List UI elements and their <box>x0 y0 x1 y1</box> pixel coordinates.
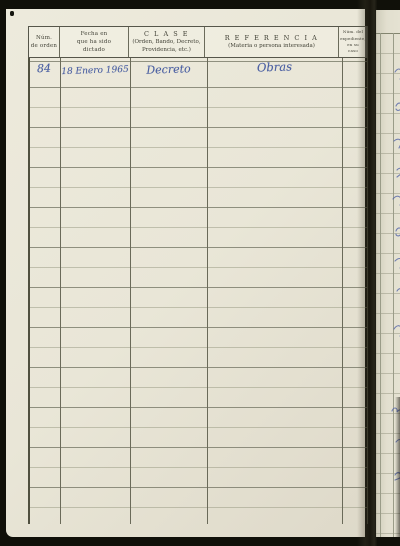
header-line: de orden <box>31 42 57 50</box>
table-header-row: Núm. de orden Fecha en que ha sido dicta… <box>28 26 368 58</box>
header-line: C L A S E <box>144 29 189 39</box>
header-line: Núm. <box>36 34 52 42</box>
header-line: R E F E R E N C I A <box>225 33 319 43</box>
column-divider <box>130 58 131 524</box>
header-line: que ha sido <box>77 38 111 46</box>
header-line: (Materia o persona interesada) <box>228 43 315 51</box>
header-line: Providencia, etc.) <box>142 47 191 55</box>
facing-page-edge <box>376 10 400 537</box>
entry-num-orden: 84 <box>28 61 60 75</box>
facing-page-edge-shadow <box>395 397 400 537</box>
column-header-clase: C L A S E (Orden, Bando, Decreto, Provid… <box>129 27 205 57</box>
ledger-page: Núm. de orden Fecha en que ha sido dicta… <box>6 9 365 537</box>
book-gutter-shadow <box>357 0 377 546</box>
column-divider <box>60 58 61 524</box>
column-header-num-orden: Núm. de orden <box>29 27 60 57</box>
scanned-document-background: Núm. de orden Fecha en que ha sido dicta… <box>0 0 400 546</box>
column-divider <box>207 58 208 524</box>
header-line: dictado <box>83 46 105 54</box>
entry-clase: Decreto <box>130 62 207 78</box>
column-divider <box>28 58 30 524</box>
column-header-fecha: Fecha en que ha sido dictado <box>60 27 129 57</box>
table-body-ruling <box>28 58 368 524</box>
header-line: (Orden, Bando, Decreto, <box>132 39 200 47</box>
column-header-referencia: R E F E R E N C I A (Materia o persona i… <box>205 27 339 57</box>
paper-speck <box>10 11 14 16</box>
header-line: Fecha en <box>81 30 108 38</box>
column-divider <box>342 58 343 524</box>
